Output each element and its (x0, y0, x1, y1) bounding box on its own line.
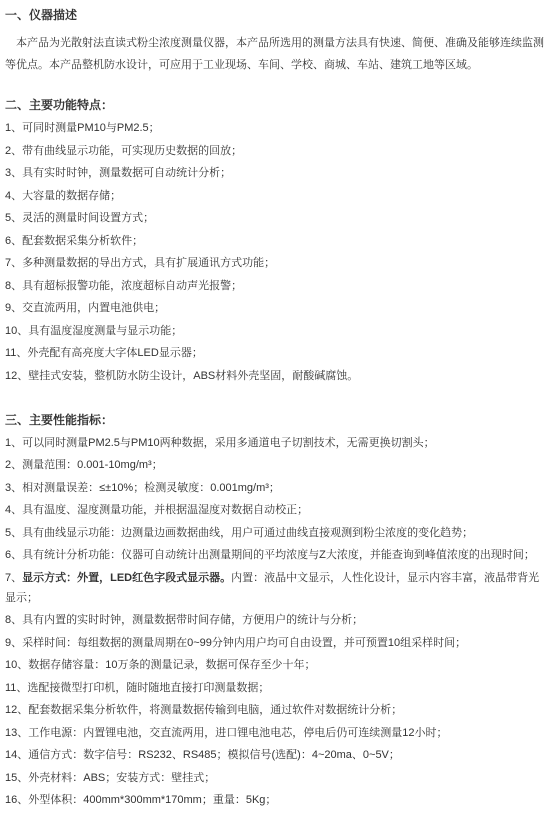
item-number: 7、 (5, 257, 22, 269)
item-text: 外壳配有高亮度大字体LED显示器； (27, 347, 202, 359)
list-item: 4、具有温度、湿度测量功能，并根据温湿度对数据自动校正； (5, 500, 548, 520)
list-item: 9、采样时间：每组数据的测量周期在0~99分钟内用户均可自由设置，并可预置10组… (5, 633, 548, 653)
list-item: 11、选配接微型打印机，随时随地直接打印测量数据； (5, 678, 548, 698)
list-item: 1、可同时测量PM10与PM2.5； (5, 118, 548, 138)
item-text: 相对测量误差：≤±10%；检测灵敏度：0.001mg/m³； (22, 482, 280, 494)
list-item: 3、相对测量误差：≤±10%；检测灵敏度：0.001mg/m³； (5, 478, 548, 498)
item-text: 采样时间：每组数据的测量周期在0~99分钟内用户均可自由设置，并可预置10组采样… (22, 637, 466, 649)
list-item: 11、外壳配有高亮度大字体LED显示器； (5, 343, 548, 363)
list-item: 5、灵活的测量时间设置方式； (5, 208, 548, 228)
item-number: 5、 (5, 212, 22, 224)
item-text: 外型体积：400mm*300mm*170mm；重量：5Kg； (28, 794, 276, 806)
list-item: 6、具有统计分析功能：仪器可自动统计出测量期间的平均浓度与Z大浓度，并能查询到峰… (5, 545, 548, 565)
list-item: 13、工作电源：内置锂电池，交直流两用，进口锂电池电芯，停电后仍可连续测量12小… (5, 723, 548, 743)
item-text: 可同时测量PM10与PM2.5； (22, 122, 160, 134)
item-number: 2、 (5, 145, 22, 157)
item-number: 10、 (5, 659, 28, 671)
section-specs-heading: 三、主要性能指标： (5, 410, 548, 430)
item-number: 7、 (5, 572, 22, 584)
item-number: 1、 (5, 437, 22, 449)
item-number: 12、 (5, 704, 28, 716)
item-number: 6、 (5, 235, 22, 247)
list-item: 7、显示方式：外置，LED红色字段式显示器。内置：液晶中文显示，人性化设计，显示… (5, 568, 548, 608)
item-text: 壁挂式安装，整机防水防尘设计，ABS材料外壳坚固，耐酸碱腐蚀。 (28, 370, 358, 382)
item-number: 4、 (5, 504, 22, 516)
item-text: 灵活的测量时间设置方式； (22, 212, 154, 224)
item-number: 2、 (5, 459, 22, 471)
item-text: 配套数据采集分析软件； (22, 235, 143, 247)
list-item: 8、具有超标报警功能，浓度超标自动声光报警； (5, 276, 548, 296)
item-number: 8、 (5, 614, 22, 626)
item-text: 多种测量数据的导出方式，具有扩展通讯方式功能； (22, 257, 275, 269)
item-text: 可以同时测量PM2.5与PM10两种数据，采用多通道电子切割技术，无需更换切割头… (22, 437, 435, 449)
item-text: 具有曲线显示功能：边测量边画数据曲线，用户可通过曲线直接观测到粉尘浓度的变化趋势… (22, 527, 473, 539)
item-number: 5、 (5, 527, 22, 539)
list-item: 16、外型体积：400mm*300mm*170mm；重量：5Kg； (5, 790, 548, 810)
list-item: 3、具有实时时钟，测量数据可自动统计分析； (5, 163, 548, 183)
item-number: 15、 (5, 772, 28, 784)
features-list: 1、可同时测量PM10与PM2.5；2、带有曲线显示功能，可实现历史数据的回放；… (5, 118, 548, 386)
item-number: 16、 (5, 794, 28, 806)
list-item: 10、具有温度湿度测量与显示功能； (5, 321, 548, 341)
item-number: 13、 (5, 727, 28, 739)
item-text: 选配接微型打印机，随时随地直接打印测量数据； (27, 682, 269, 694)
item-text: 工作电源：内置锂电池，交直流两用，进口锂电池电芯，停电后仍可连续测量12小时； (28, 727, 447, 739)
item-text: 配套数据采集分析软件，将测量数据传输到电脑，通过软件对数据统计分析； (28, 704, 402, 716)
item-text: 带有曲线显示功能，可实现历史数据的回放； (22, 145, 242, 157)
list-item: 2、测量范围：0.001-10mg/m³； (5, 455, 548, 475)
section-features-heading: 二、主要功能特点： (5, 95, 548, 115)
item-text: 具有温度湿度测量与显示功能； (28, 325, 182, 337)
item-number: 10、 (5, 325, 28, 337)
item-text: 具有内置的实时时钟，测量数据带时间存储，方便用户的统计与分析； (22, 614, 363, 626)
list-item: 9、交直流两用，内置电池供电； (5, 298, 548, 318)
list-item: 8、具有内置的实时时钟，测量数据带时间存储，方便用户的统计与分析； (5, 610, 548, 630)
item-number: 1、 (5, 122, 22, 134)
item-text: 数据存储容量：10万条的测量记录，数据可保存至少十年； (28, 659, 315, 671)
list-item: 12、配套数据采集分析软件，将测量数据传输到电脑，通过软件对数据统计分析； (5, 700, 548, 720)
item-text: 具有温度、湿度测量功能，并根据温湿度对数据自动校正； (22, 504, 308, 516)
item-text: 具有实时时钟，测量数据可自动统计分析； (22, 167, 231, 179)
list-item: 4、大容量的数据存储； (5, 186, 548, 206)
item-number: 4、 (5, 190, 22, 202)
item-number: 8、 (5, 280, 22, 292)
list-item: 5、具有曲线显示功能：边测量边画数据曲线，用户可通过曲线直接观测到粉尘浓度的变化… (5, 523, 548, 543)
list-item: 7、多种测量数据的导出方式，具有扩展通讯方式功能； (5, 253, 548, 273)
item-number: 9、 (5, 637, 22, 649)
list-item: 15、外壳材料：ABS；安装方式：壁挂式； (5, 768, 548, 788)
item-number: 3、 (5, 167, 22, 179)
section-description-heading: 一、仪器描述 (5, 5, 548, 25)
item-number: 14、 (5, 749, 28, 761)
description-paragraph: 本产品为光散射法直读式粉尘浓度测量仪器，本产品所选用的测量方法具有快速、简便、准… (5, 32, 548, 76)
item-text: 具有超标报警功能，浓度超标自动声光报警； (22, 280, 242, 292)
item-number: 9、 (5, 302, 22, 314)
item-text: 具有统计分析功能：仪器可自动统计出测量期间的平均浓度与Z大浓度，并能查询到峰值浓… (22, 549, 535, 561)
page: { "colors": { "text": "#333333", "backgr… (0, 0, 557, 817)
item-number: 3、 (5, 482, 22, 494)
list-item: 6、配套数据采集分析软件； (5, 231, 548, 251)
item-text: 交直流两用，内置电池供电； (22, 302, 165, 314)
item-text: 测量范围：0.001-10mg/m³； (22, 459, 163, 471)
list-item: 2、带有曲线显示功能，可实现历史数据的回放； (5, 141, 548, 161)
list-item: 10、数据存储容量：10万条的测量记录，数据可保存至少十年； (5, 655, 548, 675)
list-item: 12、壁挂式安装，整机防水防尘设计，ABS材料外壳坚固，耐酸碱腐蚀。 (5, 366, 548, 386)
item-number: 12、 (5, 370, 28, 382)
item-number: 6、 (5, 549, 22, 561)
item-bold-text: 显示方式：外置，LED红色字段式显示器。 (22, 572, 231, 584)
item-text: 通信方式：数字信号：RS232、RS485；模拟信号(选配)：4~20ma、0~… (28, 749, 400, 761)
specs-list: 1、可以同时测量PM2.5与PM10两种数据，采用多通道电子切割技术，无需更换切… (5, 433, 548, 811)
list-item: 1、可以同时测量PM2.5与PM10两种数据，采用多通道电子切割技术，无需更换切… (5, 433, 548, 453)
item-text: 大容量的数据存储； (22, 190, 121, 202)
list-item: 14、通信方式：数字信号：RS232、RS485；模拟信号(选配)：4~20ma… (5, 745, 548, 765)
item-number: 11、 (5, 347, 27, 359)
product-description-document: 一、仪器描述 本产品为光散射法直读式粉尘浓度测量仪器，本产品所选用的测量方法具有… (5, 5, 548, 810)
item-number: 11、 (5, 682, 27, 694)
item-text: 外壳材料：ABS；安装方式：壁挂式； (28, 772, 215, 784)
